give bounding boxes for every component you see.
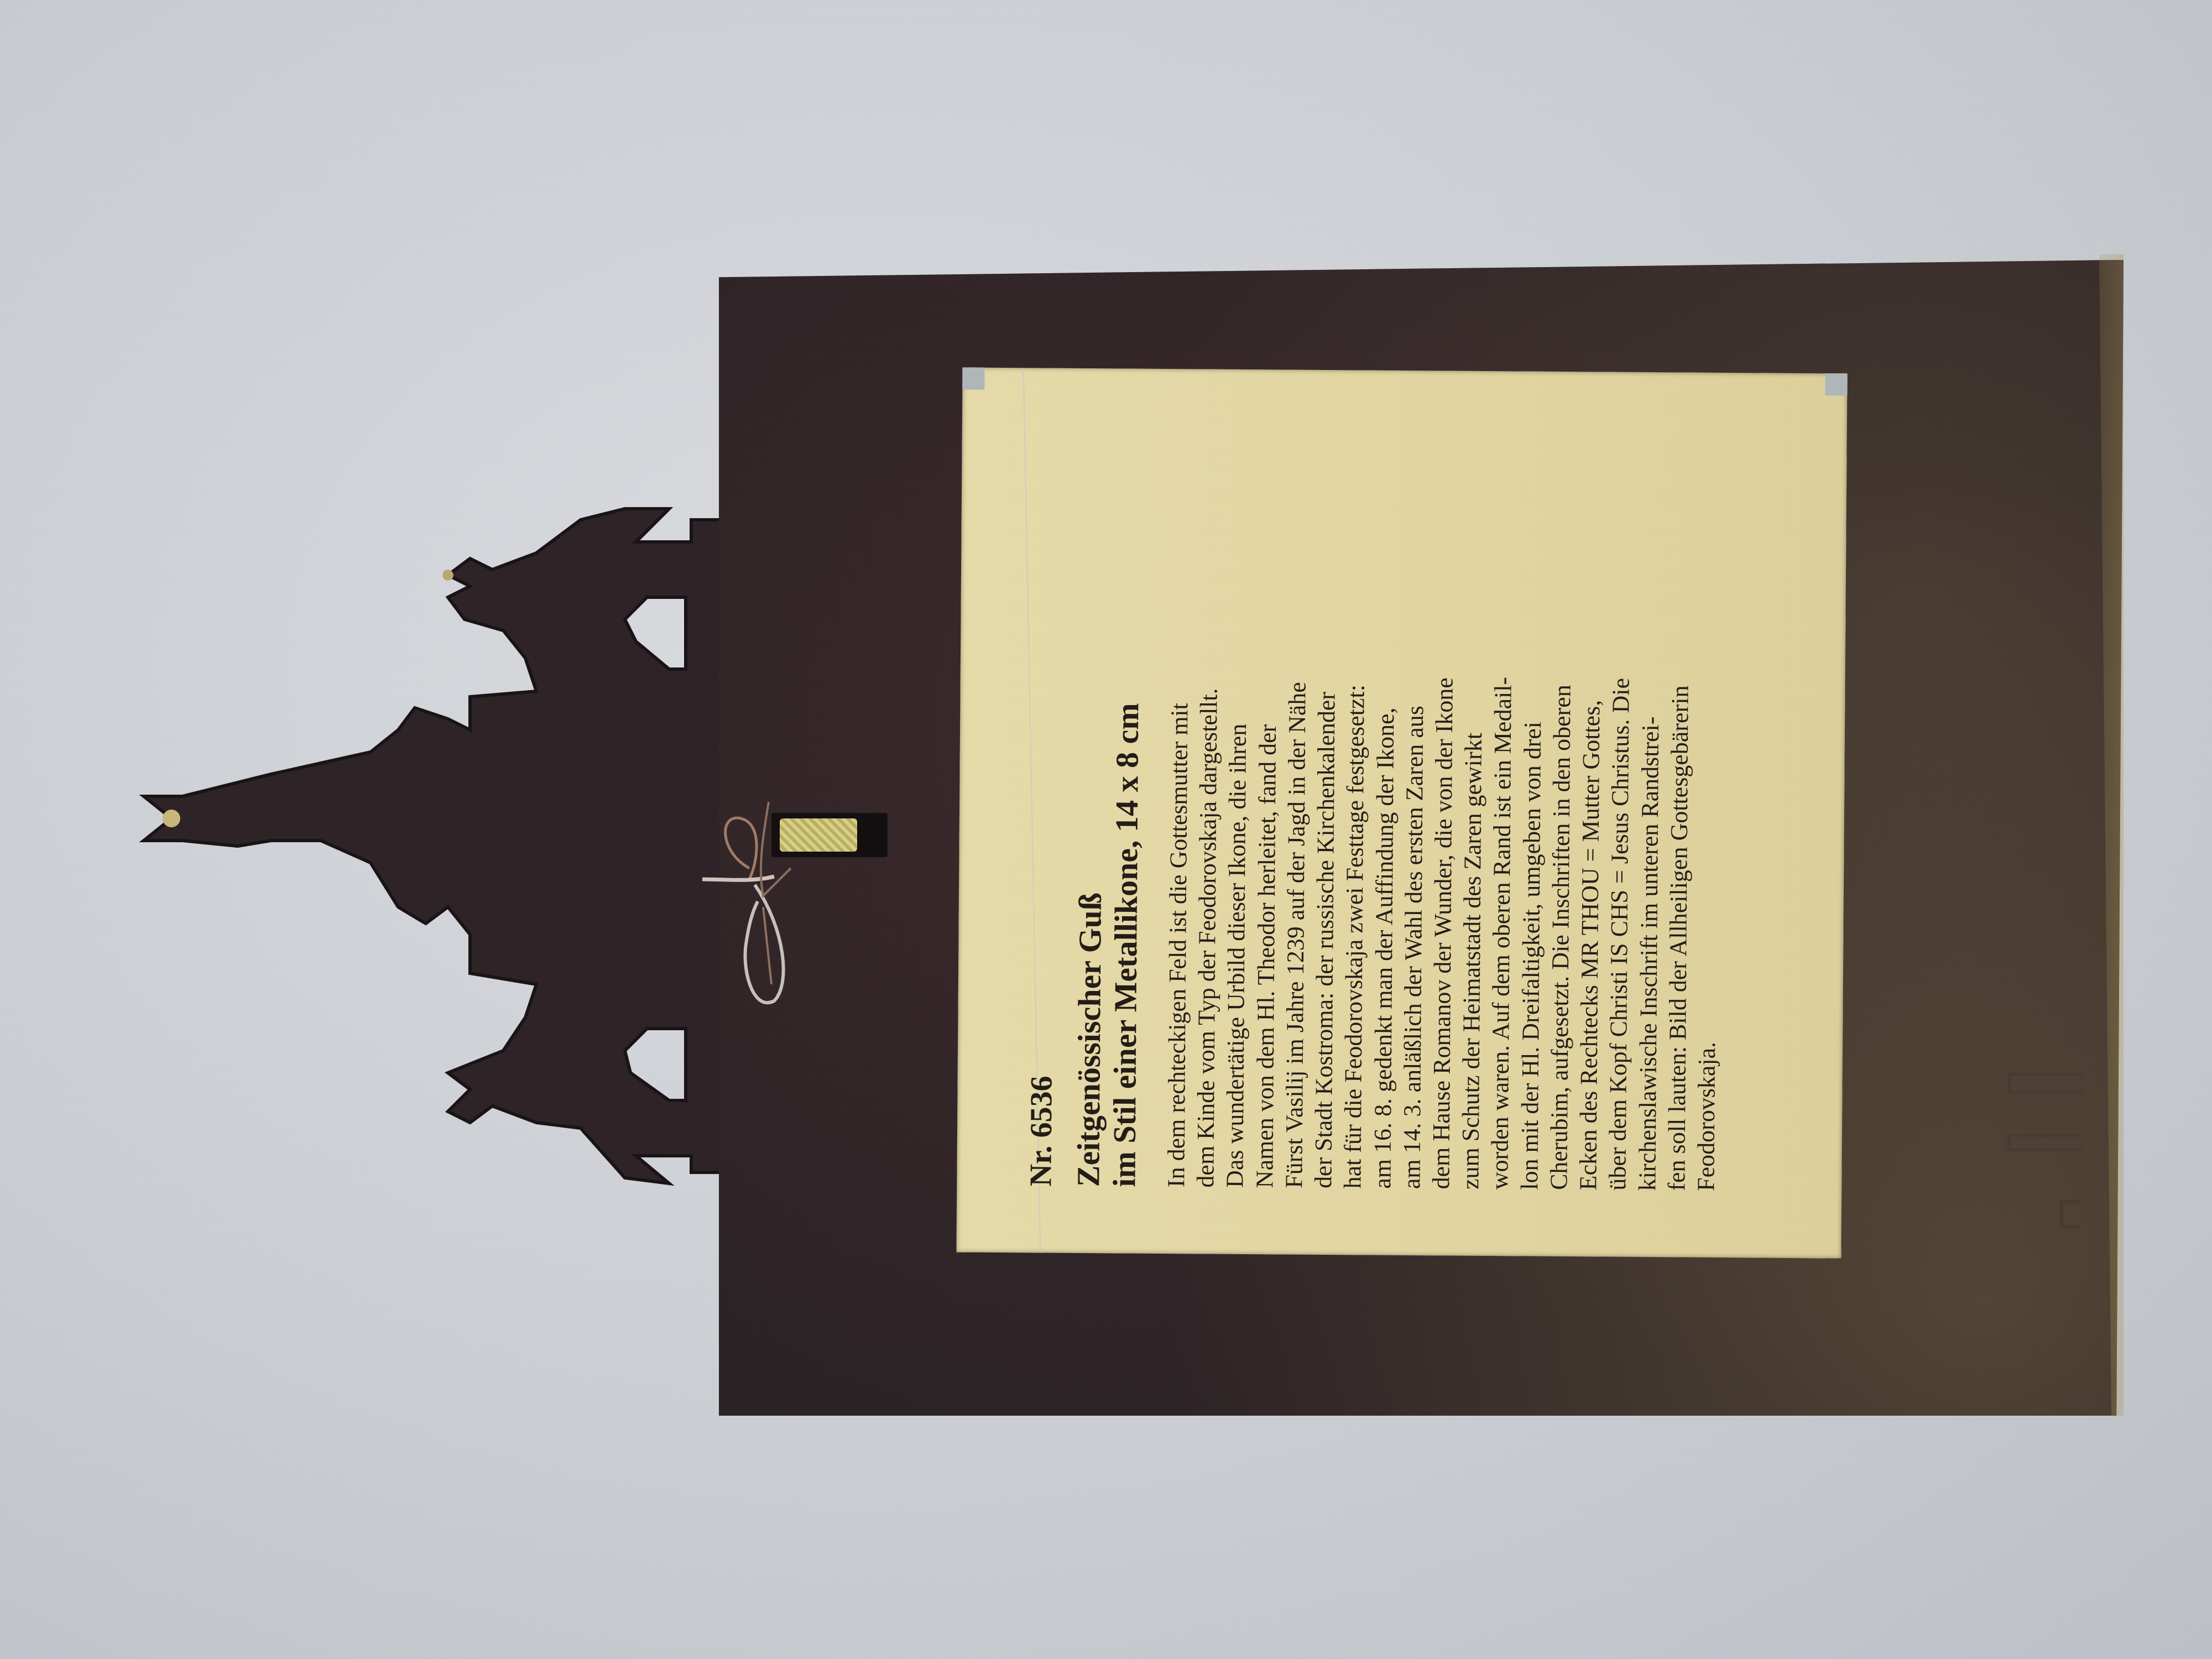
label-corner-tape bbox=[962, 367, 984, 389]
label-body-line: am 14. 3. anläßlich der Wahl des ersten … bbox=[1397, 415, 1432, 1189]
label-number: Nr. 6536 bbox=[1023, 412, 1064, 1186]
label-body-line: worden waren. Auf dem oberen Rand ist ei… bbox=[1485, 415, 1520, 1190]
paper-label: Nr. 6536 Zeitgenössischer Guß im Stil ei… bbox=[956, 367, 1847, 1258]
label-body: In dem rechteckigen Feld ist die Gottesm… bbox=[1161, 413, 1726, 1191]
label-body-line: Ecken des Rechtecks MR THOU = Mutter Got… bbox=[1573, 416, 1608, 1190]
label-body-line: am 16. 8. gedenkt man der Auffindung der… bbox=[1368, 415, 1402, 1189]
label-body-line: Fürst Vasilij im Jahre 1239 auf der Jagd… bbox=[1279, 414, 1314, 1188]
wire-loop-icon[interactable] bbox=[697, 802, 824, 1018]
label-body-line: lon mit der Hl. Dreifaltigkeit, umgeben … bbox=[1515, 415, 1550, 1190]
label-body-line: der Stadt Kostroma: der russische Kirche… bbox=[1308, 414, 1343, 1188]
label-body-line: Feodorovskaja. bbox=[1691, 417, 1726, 1191]
label-body-line: In dem rechteckigen Feld ist die Gottesm… bbox=[1161, 413, 1196, 1187]
cross-finial-icon bbox=[138, 487, 735, 1206]
label-body-line: Cherubim, aufgesetzt. Die Inschriften in… bbox=[1544, 416, 1579, 1190]
label-body-line: Das wundertätige Urbild dieser Ikone, di… bbox=[1220, 414, 1255, 1188]
label-text-block: Nr. 6536 Zeitgenössischer Guß im Stil ei… bbox=[1023, 412, 1803, 1192]
label-title-line1: Zeitgenössischer Guß bbox=[1071, 413, 1112, 1187]
engraved-mark bbox=[2007, 1134, 2083, 1151]
label-body-line: hat für die Feodorovskaja zwei Festtage … bbox=[1338, 414, 1373, 1188]
label-corner-tape bbox=[1825, 373, 1847, 395]
label-body-line: fen soll lauten: Bild der Allheiligen Go… bbox=[1662, 416, 1697, 1191]
label-body-line: dem Hause Romanov der Wunder, die von de… bbox=[1426, 415, 1461, 1189]
label-title: Zeitgenössischer Guß im Stil einer Metal… bbox=[1071, 413, 1148, 1187]
label-body-line: kirchenslawische Inschrift im unteren Ra… bbox=[1632, 416, 1667, 1191]
engraved-mark bbox=[2060, 1200, 2080, 1229]
engraved-mark bbox=[2007, 1073, 2083, 1094]
label-body-line: über dem Kopf Christi IS CHS = Jesus Chr… bbox=[1603, 416, 1638, 1191]
label-body-line: zum Schutz der Heimatstadt des Zaren gew… bbox=[1456, 415, 1491, 1190]
photo-scene: Nr. 6536 Zeitgenössischer Guß im Stil ei… bbox=[0, 0, 2212, 1659]
label-title-line2: im Stil einer Metallikone, 14 x 8 cm bbox=[1107, 413, 1148, 1187]
label-body-line: Namen von dem Hl. Theodor herleitet, fan… bbox=[1250, 414, 1285, 1188]
label-body-line: dem Kinde vom Typ der Feodorovskaja darg… bbox=[1191, 413, 1225, 1187]
